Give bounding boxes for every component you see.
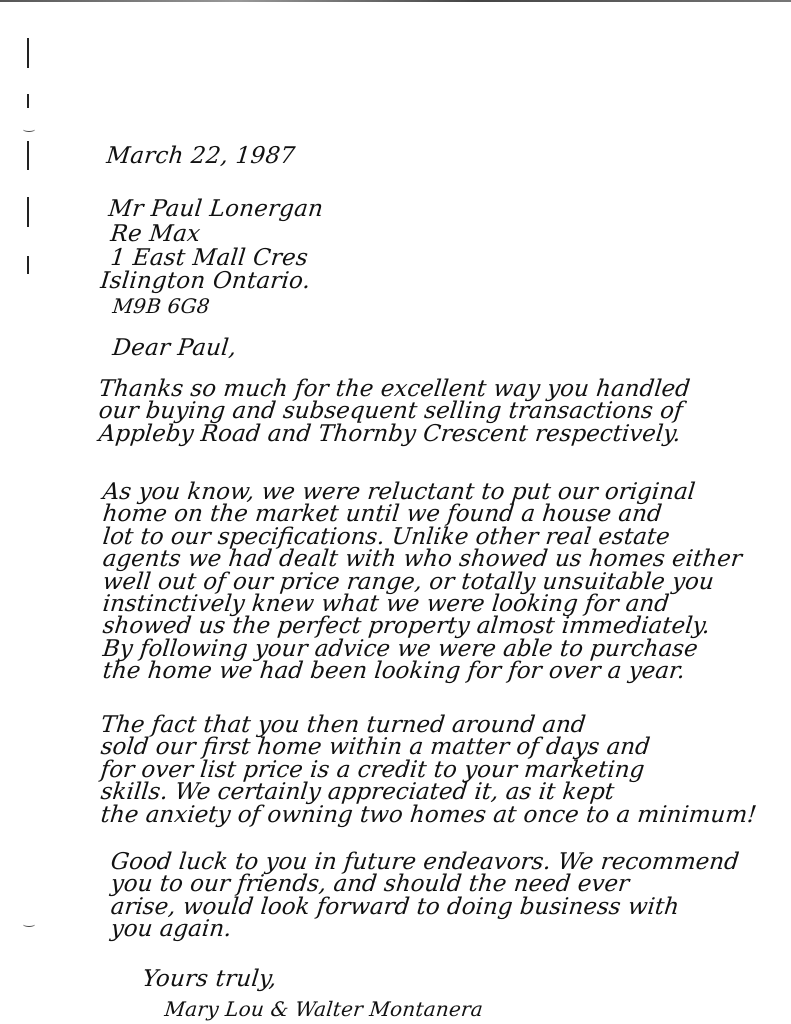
recipient-company: Re Max xyxy=(109,221,201,247)
signature: Mary Lou & Walter Montanera xyxy=(163,997,484,1021)
paragraph: As you know, we were reluctant to put ou… xyxy=(104,481,743,683)
margin-mark xyxy=(27,197,29,227)
margin-mark xyxy=(27,94,29,108)
salutation: Dear Paul, xyxy=(111,335,237,361)
scan-top-edge xyxy=(0,0,791,2)
paragraph: Thanks so much for the excellent way you… xyxy=(100,378,691,445)
paragraph-line: for over list price is a credit to your … xyxy=(100,759,758,781)
paragraph-line: you again. xyxy=(110,918,740,940)
margin-mark xyxy=(23,922,35,927)
paragraph: The fact that you then turned around and… xyxy=(102,714,758,826)
paragraph: Good luck to you in future endeavors. We… xyxy=(112,851,740,941)
paragraph-line: skills. We certainly appreciated it, as … xyxy=(100,781,758,803)
paragraph-line: arise, would look forward to doing busin… xyxy=(110,896,740,918)
margin-mark xyxy=(27,141,29,170)
paragraph-line: well out of our price range, or totally … xyxy=(102,571,743,593)
paragraph-line: Appleby Road and Thornby Crescent respec… xyxy=(98,423,692,445)
closing: Yours truly, xyxy=(141,966,278,992)
letter-date: March 22, 1987 xyxy=(105,143,296,169)
paragraph-line: agents we had dealt with who showed us h… xyxy=(102,548,743,570)
paragraph-line: the home we had been looking for for ove… xyxy=(102,660,743,682)
paragraph-line: our buying and subsequent selling transa… xyxy=(98,400,692,422)
paragraph-line: you to our friends, and should the need … xyxy=(110,873,740,895)
paragraph-line: home on the market until we found a hous… xyxy=(102,503,743,525)
paragraph-line: sold our first home within a matter of d… xyxy=(100,736,758,758)
margin-mark xyxy=(27,38,29,68)
margin-mark xyxy=(23,127,35,132)
recipient-city: Islington Ontario. xyxy=(99,268,311,294)
paragraph-line: lot to our specifications. Unlike other … xyxy=(102,526,743,548)
margin-mark xyxy=(27,256,29,274)
paragraph-line: the anxiety of owning two homes at once … xyxy=(100,804,758,826)
recipient-postal-code: M9B 6G8 xyxy=(111,294,211,318)
paragraph-line: showed us the perfect property almost im… xyxy=(102,615,743,637)
recipient-name: Mr Paul Lonergan xyxy=(107,196,324,222)
paragraph-line: By following your advice we were able to… xyxy=(102,638,743,660)
